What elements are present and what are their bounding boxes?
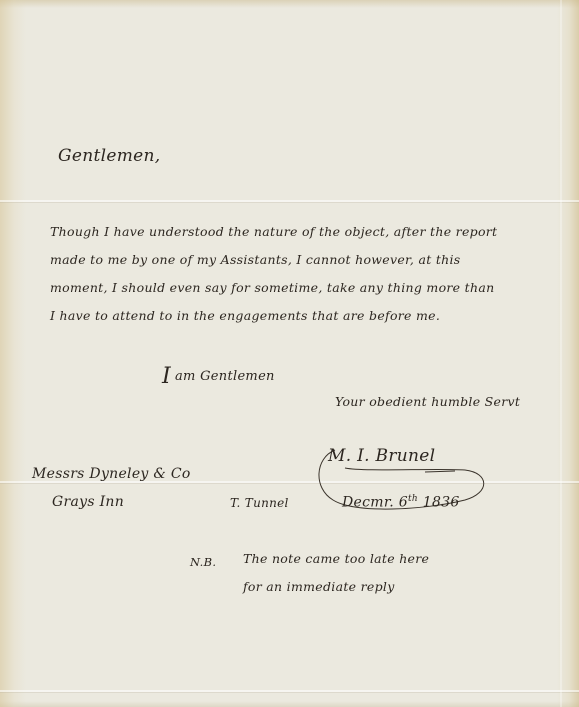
place: T. Tunnel [230,496,289,510]
letter-paper: Gentlemen, Though I have understood the … [0,0,579,707]
recipient-address: Grays Inn [52,494,124,510]
postscript-line: for an immediate reply [243,579,395,594]
date-day: Decmr. 6 [342,495,408,511]
body-line: Though I have understood the nature of t… [50,224,497,239]
postscript-line: The note came too late here [243,551,429,566]
valediction: Your obedient humble Servt [335,394,520,409]
date-year: 1836 [423,495,460,511]
closing-initial: I [162,364,171,389]
body-line: moment, I should even say for sometime, … [50,280,494,295]
fold-crease [560,0,562,707]
date: Decmr. 6th 1836 [342,494,460,511]
closing: Iam Gentlemen [162,364,275,389]
date-ordinal: th [408,494,418,504]
signature: M. I. Brunel [328,446,435,466]
body-line: I have to attend to in the engagements t… [50,308,440,323]
postscript-label: N.B. [190,555,216,569]
fold-crease [0,200,579,202]
recipient-name: Messrs Dyneley & Co [32,466,191,482]
salutation: Gentlemen, [58,146,160,166]
fold-crease [0,690,579,692]
closing-text: am Gentlemen [175,369,275,384]
body-line: made to me by one of my Assistants, I ca… [50,252,461,267]
